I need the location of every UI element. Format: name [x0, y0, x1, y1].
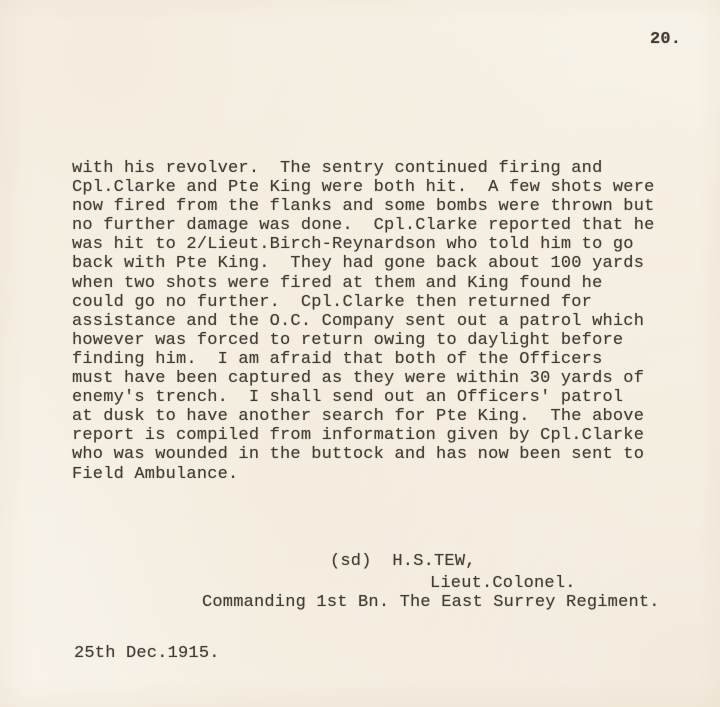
signature-rank-line: Lieut.Colonel. — [430, 574, 576, 593]
report-date: 25th Dec.1915. — [74, 644, 220, 663]
scanned-report-page: { "page": { "page_number": "20.", "body_… — [0, 0, 720, 707]
report-body-text: with his revolver. The sentry continued … — [72, 159, 672, 484]
signature-command-line: Commanding 1st Bn. The East Surrey Regim… — [202, 593, 660, 612]
page-number: 20. — [650, 30, 681, 49]
signature-signed-line: (sd) H.S.TEW, — [330, 552, 476, 571]
